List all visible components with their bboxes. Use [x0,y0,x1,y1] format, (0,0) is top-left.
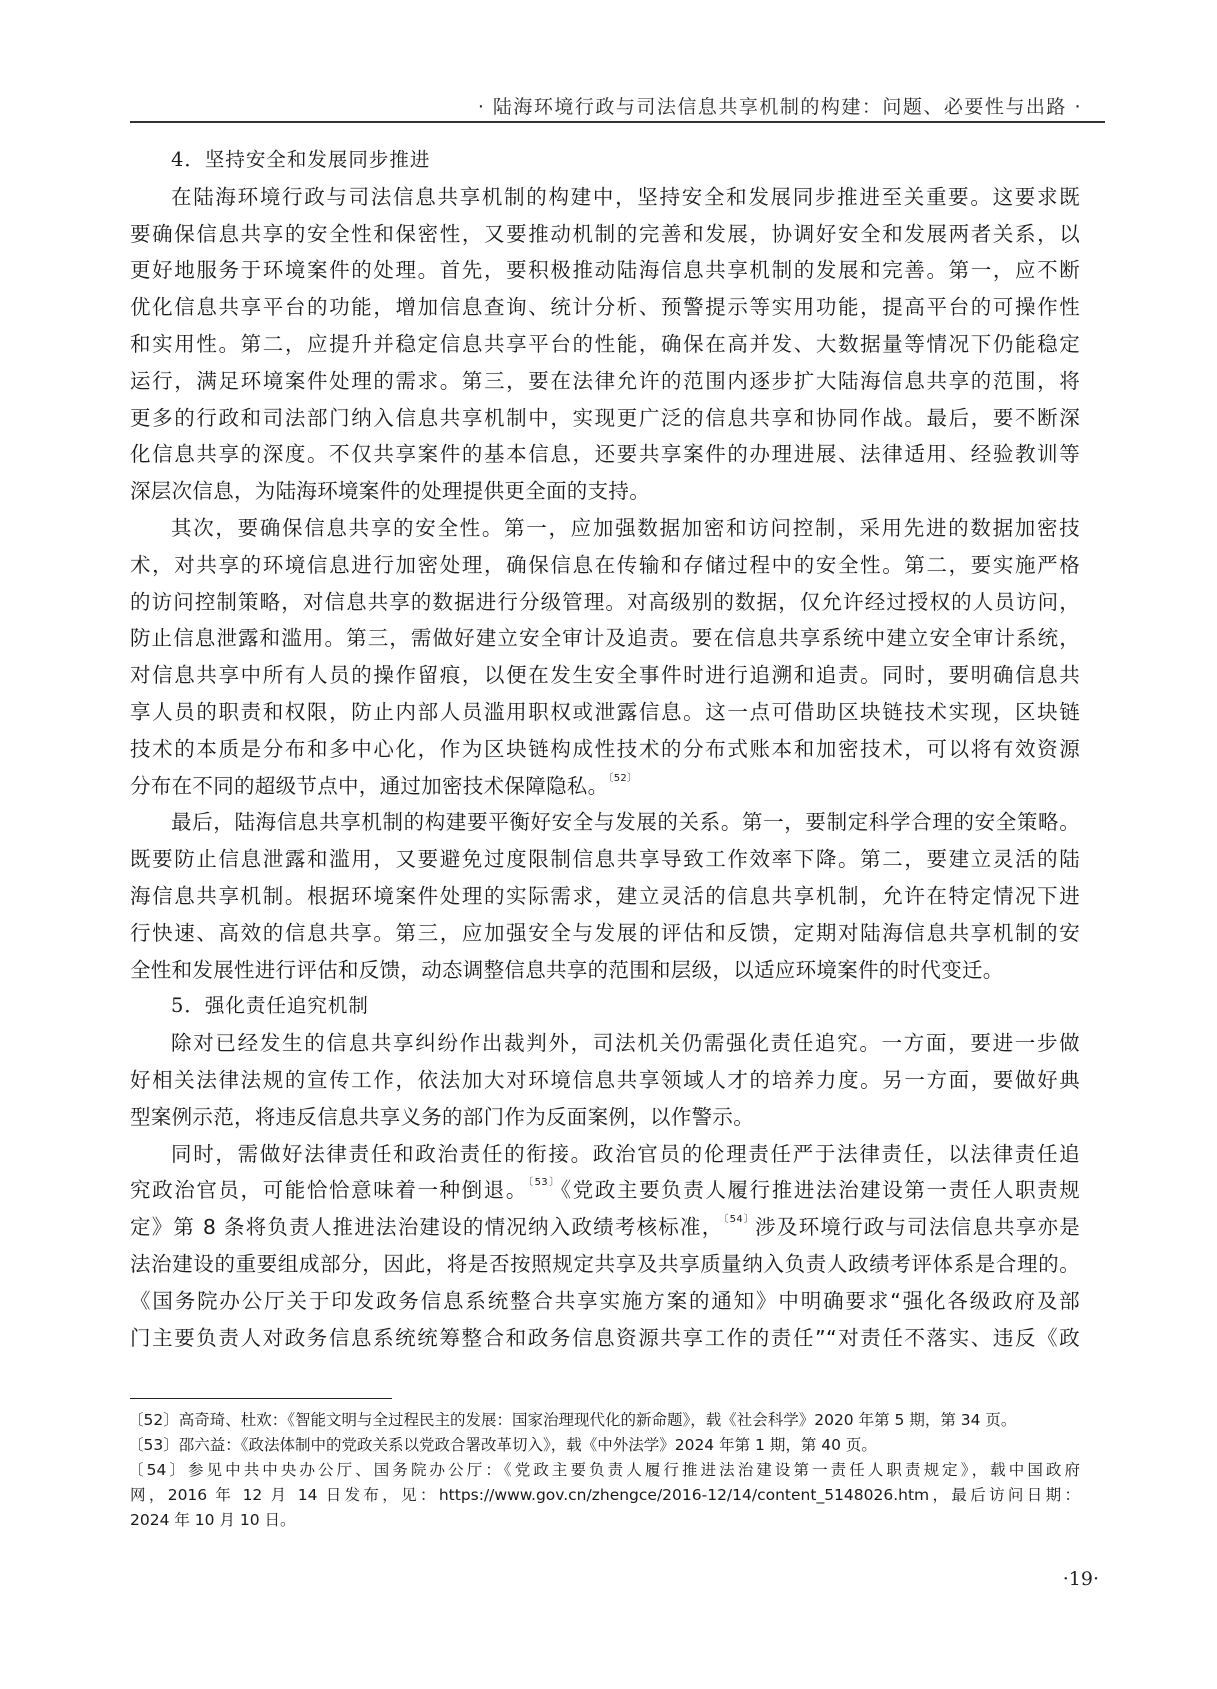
text-line: 技术的本质是分布和多中心化，作为区块链构成性技术的分布式账本和加密技术，可以将有… [130,731,1080,768]
text-line: 全性和发展性进行评估和反馈，动态调整信息共享的范围和层级，以适应环境案件的时代变… [130,952,1080,989]
text-line: 法治建设的重要组成部分，因此，将是否按照规定共享及共享质量纳入负责人政绩考评体系… [130,1246,1080,1283]
text-line: 享人员的职责和权限，防止内部人员滥用职权或泄露信息。这一点可借助区块链技术实现，… [130,694,1080,731]
text-line: 化信息共享的深度。不仅共享案件的基本信息，还要共享案件的办理进展、法律适用、经验… [130,436,1080,473]
text-line: 术，对共享的环境信息进行加密处理，确保信息在传输和存储过程中的安全性。第二，要实… [130,547,1080,584]
text-line: 海信息共享机制。根据环境案件处理的实际需求，建立灵活的信息共享机制，允许在特定情… [130,878,1080,915]
running-head-title: · 陆海环境行政与司法信息共享机制的构建：问题、必要性与出路 · [478,92,1082,119]
footnote-53: 〔53〕邵六益：《政法体制中的党政关系以党政合署改革切入》，载《中外法学》202… [128,1433,1080,1458]
footnote-54: 〔54〕参见中共中央办公厅、国务院办公厅：《党政主要负责人履行推进法治建设第一责… [128,1458,1080,1533]
running-head: · 陆海环境行政与司法信息共享机制的构建：问题、必要性与出路 · [0,88,1217,122]
text-line: 《国务院办公厅关于印发政务信息系统整合共享实施方案的通知》中明确要求“强化各级政… [130,1283,1080,1320]
text-line: 定》第 8 条将负责人推进法治建设的情况纳入政绩考核标准，〔54〕涉及环境行政与… [130,1209,1080,1246]
text-line: 更好地服务于环境案件的处理。首先，要积极推动陆海信息共享机制的发展和完善。第一，… [130,252,1080,289]
paragraph-5-2: 同时，需做好法律责任和政治责任的衔接。政治官员的伦理责任严于法律责任，以法律责任… [130,1136,1080,1357]
paragraph-4-3: 最后，陆海信息共享机制的构建要平衡好安全与发展的关系。第一，要制定科学合理的安全… [130,804,1080,988]
text-line: 分布在不同的超级节点中，通过加密技术保障隐私。〔52〕 [130,768,1080,805]
text-line: 门主要负责人对政务信息系统统筹整合和政务信息资源共享工作的责任”“对责任不落实、… [130,1320,1080,1357]
page-number: ·19· [1063,1568,1099,1590]
text-line: 除对已经发生的信息共享纠纷作出裁判外，司法机关仍需强化责任追究。一方面，要进一步… [130,1025,1080,1062]
text-line: 的访问控制策略，对信息共享的数据进行分级管理。对高级别的数据，仅允许经过授权的人… [130,584,1080,621]
text-line: 在陆海环境行政与司法信息共享机制的构建中，坚持安全和发展同步推进至关重要。这要求… [130,179,1080,216]
article-body: 4．坚持安全和发展同步推进 在陆海环境行政与司法信息共享机制的构建中，坚持安全和… [130,142,1080,1356]
text-line: 行快速、高效的信息共享。第三，应加强安全与发展的评估和反馈，定期对陆海信息共享机… [130,915,1080,952]
text-line: 更多的行政和司法部门纳入信息共享机制中，实现更广泛的信息共享和协同作战。最后，要… [130,400,1080,437]
text-line: 深层次信息，为陆海环境案件的处理提供更全面的支持。 [130,473,1080,510]
text-span: 究政治官员，可能恰恰意味着一种倒退。 [130,1178,528,1202]
text-line: 型案例示范，将违反信息共享义务的部门作为反面案例，以作警示。 [130,1099,1080,1136]
text-line: 究政治官员，可能恰恰意味着一种倒退。〔53〕《党政主要负责人履行推进法治建设第一… [130,1172,1080,1209]
text-line: 其次，要确保信息共享的安全性。第一，应加强数据加密和访问控制，采用先进的数据加密… [130,510,1080,547]
text-span: 涉及环境行政与司法信息共享亦是 [755,1215,1080,1239]
text-line: 既要防止信息泄露和滥用，又要避免过度限制信息共享导致工作效率下降。第二，要建立灵… [130,841,1080,878]
text-line: 好相关法律法规的宣传工作，依法加大对环境信息共享领域人才的培养力度。另一方面，要… [130,1062,1080,1099]
paragraph-4-2: 其次，要确保信息共享的安全性。第一，应加强数据加密和访问控制，采用先进的数据加密… [130,510,1080,804]
header-rule [130,121,1105,123]
footnote-line: 〔54〕参见中共中央办公厅、国务院办公厅：《党政主要负责人履行推进法治建设第一责… [128,1458,1080,1483]
footnote-ref-54[interactable]: 〔54〕 [723,1214,755,1225]
text-span: 定》第 8 条将负责人推进法治建设的情况纳入政绩考核标准， [130,1215,723,1239]
text-line: 和实用性。第二，应提升并稳定信息共享平台的性能，确保在高并发、大数据量等情况下仍… [130,326,1080,363]
footnote-52: 〔52〕高奇琦、杜欢：《智能文明与全过程民主的发展：国家治理现代化的新命题》，载… [128,1408,1080,1433]
text-line: 对信息共享中所有人员的操作留痕，以便在发生安全事件时进行追溯和追责。同时，要明确… [130,657,1080,694]
text-line: 要确保信息共享的安全性和保密性，又要推动机制的完善和发展，协调好安全和发展两者关… [130,216,1080,253]
footnotes: 〔52〕高奇琦、杜欢：《智能文明与全过程民主的发展：国家治理现代化的新命题》，载… [128,1408,1080,1533]
footnote-ref-53[interactable]: 〔53〕 [528,1177,561,1188]
footnote-line: 网，2016 年 12 月 14 日发布，见：https://www.gov.c… [128,1483,1080,1508]
text-span: 分布在不同的超级节点中，通过加密技术保障隐私。 [130,774,608,798]
footnote-divider [130,1398,392,1399]
text-line: 运行，满足环境案件处理的需求。第三，要在法律允许的范围内逐步扩大陆海信息共享的范… [130,363,1080,400]
footnote-line: 2024 年 10 月 10 日。 [128,1508,1080,1533]
text-line: 同时，需做好法律责任和政治责任的衔接。政治官员的伦理责任严于法律责任，以法律责任… [130,1136,1080,1173]
section-heading-4: 4．坚持安全和发展同步推进 [130,142,1080,179]
section-heading-5: 5．强化责任追究机制 [130,988,1080,1025]
text-span: 《党政主要负责人履行推进法治建设第一责任人职责规 [561,1178,1080,1202]
text-line: 优化信息共享平台的功能，增加信息查询、统计分析、预警提示等实用功能，提高平台的可… [130,289,1080,326]
text-line: 最后，陆海信息共享机制的构建要平衡好安全与发展的关系。第一，要制定科学合理的安全… [130,804,1080,841]
text-line: 防止信息泄露和滥用。第三，需做好建立安全审计及追责。要在信息共享系统中建立安全审… [130,620,1080,657]
paragraph-5-1: 除对已经发生的信息共享纠纷作出裁判外，司法机关仍需强化责任追究。一方面，要进一步… [130,1025,1080,1135]
footnote-ref-52[interactable]: 〔52〕 [608,773,637,784]
paragraph-4-1: 在陆海环境行政与司法信息共享机制的构建中，坚持安全和发展同步推进至关重要。这要求… [130,179,1080,510]
